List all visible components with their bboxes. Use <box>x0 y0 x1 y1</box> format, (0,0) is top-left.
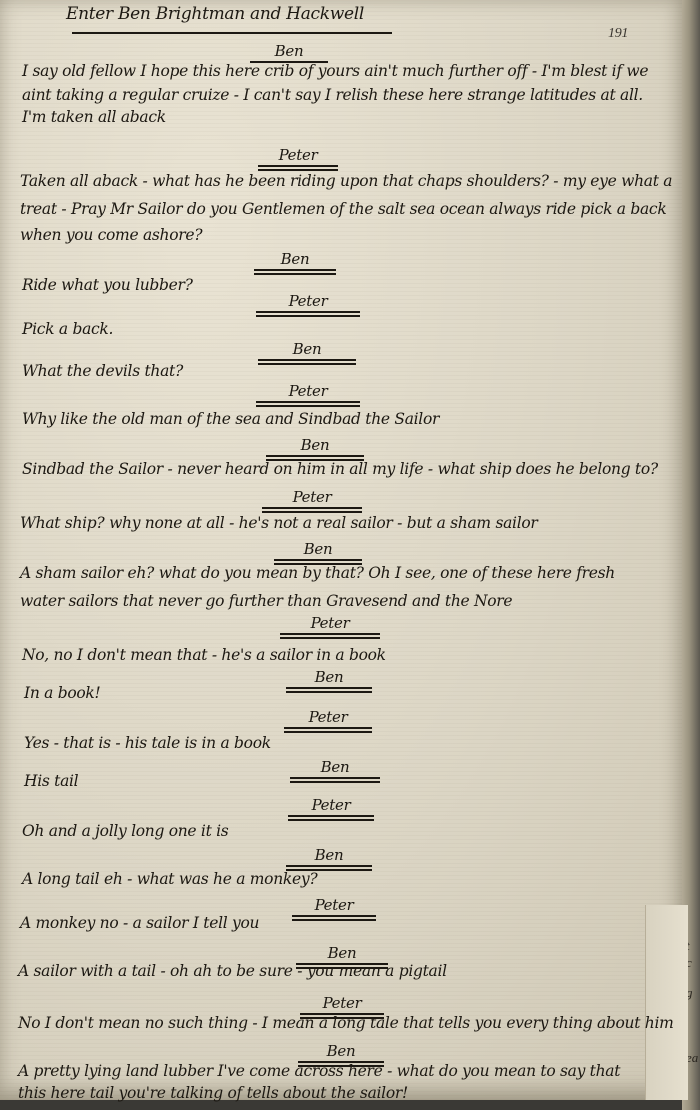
speaker-label: Ben <box>290 758 380 783</box>
dialogue-line: water sailors that never go further than… <box>20 592 512 610</box>
dialogue-line: A long tail eh - what was he a monkey? <box>22 870 317 888</box>
dialogue-line: Sindbad the Sailor - never heard on him … <box>22 460 658 478</box>
speaker-label: Ben <box>286 846 372 871</box>
dialogue-line: Pick a back. <box>22 320 113 338</box>
speaker-label: Ben <box>258 340 356 365</box>
speaker-label: Peter <box>256 292 360 317</box>
title-underline <box>72 32 392 34</box>
dialogue-line: In a book! <box>24 684 100 702</box>
dialogue-line: A sailor with a tail - oh ah to be sure … <box>18 962 447 980</box>
torn-paper-edge <box>645 905 688 1100</box>
dialogue-line: A sham sailor eh? what do you mean by th… <box>20 564 615 582</box>
speaker-label: Ben <box>266 436 364 461</box>
speaker-label: Ben <box>286 668 372 693</box>
speaker-label: Peter <box>284 708 372 733</box>
folio-number: 191 <box>608 26 628 42</box>
speaker-label: Ben <box>250 42 328 63</box>
dialogue-line: No I don't mean no such thing - I mean a… <box>18 1014 674 1032</box>
dialogue-line: No, no I don't mean that - he's a sailor… <box>22 646 386 664</box>
speaker-label: Ben <box>274 540 362 565</box>
dialogue-line: treat - Pray Mr Sailor do you Gentlemen … <box>20 200 666 218</box>
speaker-label: Peter <box>262 488 362 513</box>
speaker-label: Ben <box>254 250 336 275</box>
speaker-label: Peter <box>292 896 376 921</box>
dialogue-line: this here tail you're talking of tells a… <box>18 1084 408 1102</box>
stage-direction: Enter Ben Brightman and Hackwell <box>66 4 364 24</box>
dialogue-line: I'm taken all aback <box>22 108 166 126</box>
dialogue-line: A monkey no - a sailor I tell you <box>20 914 259 932</box>
speaker-label: Peter <box>256 382 360 407</box>
dialogue-line: Oh and a jolly long one it is <box>22 822 228 840</box>
dialogue-line: when you come ashore? <box>20 226 202 244</box>
dialogue-line: aint taking a regular cruize - I can't s… <box>22 86 643 104</box>
dialogue-line: What the devils that? <box>22 362 183 380</box>
dialogue-line: A pretty lying land lubber I've come acr… <box>18 1062 620 1080</box>
dialogue-line: Ride what you lubber? <box>22 276 193 294</box>
speaker-label: Peter <box>258 146 338 171</box>
dialogue-line: Yes - that is - his tale is in a book <box>24 734 271 752</box>
dialogue-line: His tail <box>24 772 78 790</box>
dialogue-line: Why like the old man of the sea and Sind… <box>22 410 439 428</box>
speaker-label: Peter <box>288 796 374 821</box>
dialogue-line: What ship? why none at all - he's not a … <box>20 514 538 532</box>
dialogue-line: I say old fellow I hope this here crib o… <box>22 62 648 80</box>
dialogue-line: Taken all aback - what has he been ridin… <box>20 172 672 190</box>
speaker-label: Peter <box>280 614 380 639</box>
